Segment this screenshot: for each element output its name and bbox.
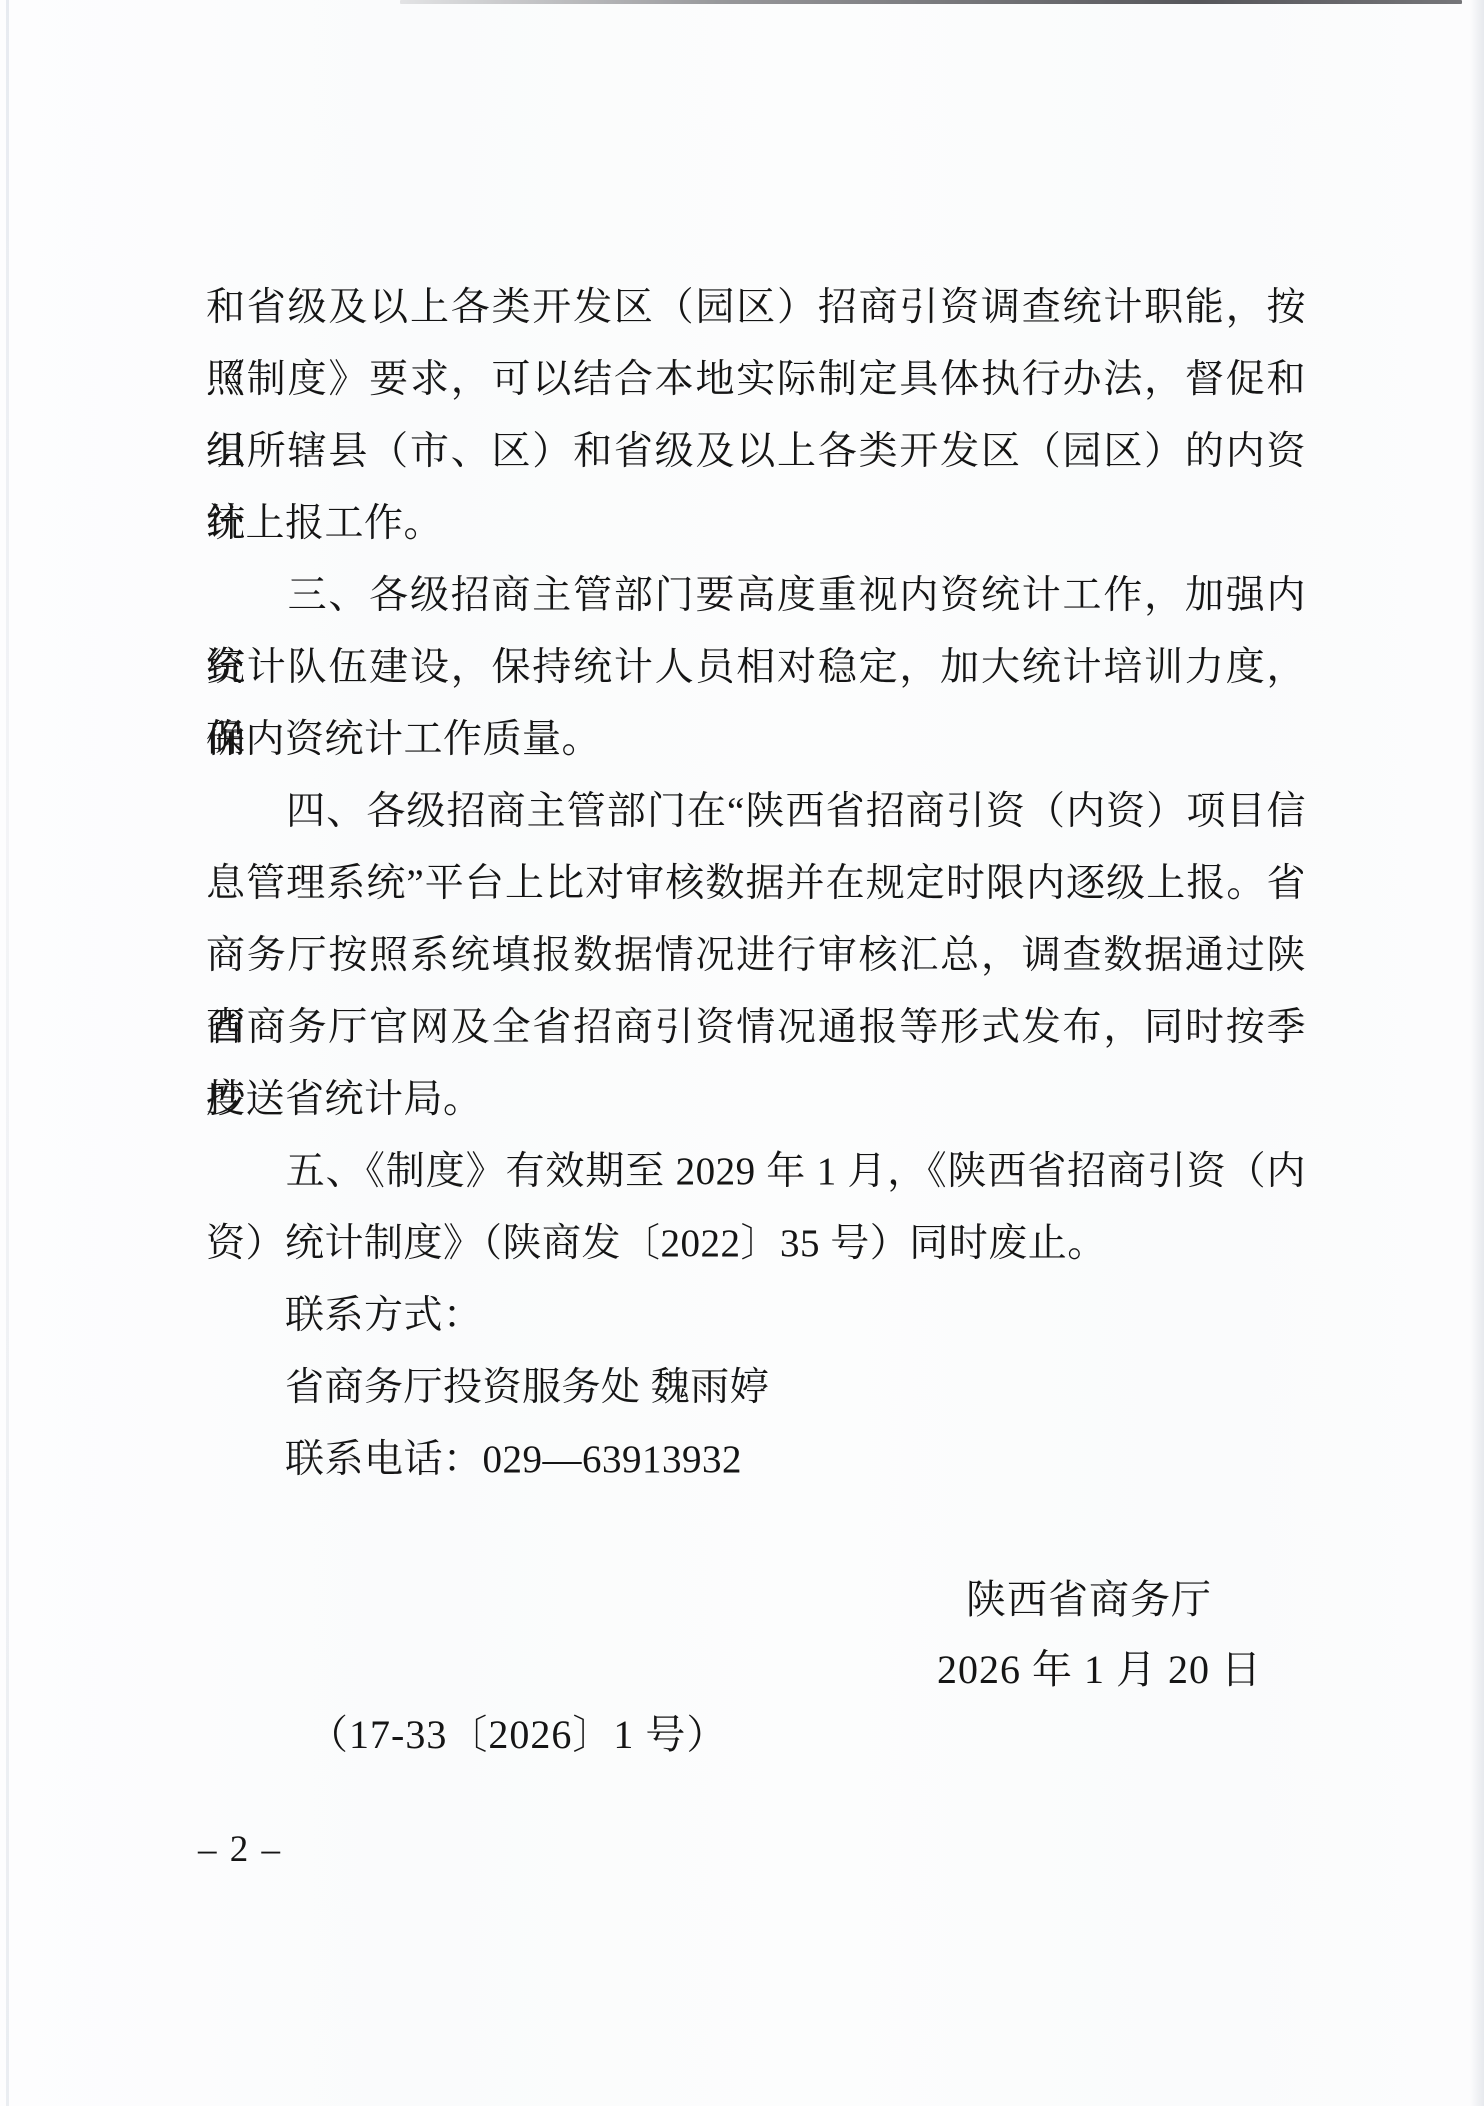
- scan-right-edge-shadow: [1470, 0, 1484, 2106]
- body-line: 四、各级招商主管部门在“陕西省招商引资（内资）项目信: [206, 776, 1306, 848]
- body-line: 联系方式：: [206, 1280, 1306, 1352]
- body-line: 联系电话：029—63913932: [206, 1424, 1306, 1496]
- body-line: 三、各级招商主管部门要高度重视内资统计工作，加强内资: [206, 560, 1306, 632]
- body-line: 抄送省统计局。: [206, 1064, 1306, 1136]
- document-reference-number: （17-33〔2026〕1 号）: [308, 1710, 727, 1760]
- scan-top-edge-line: [400, 0, 1462, 4]
- body-line: 资）统计制度》（陕商发〔2022〕35 号）同时废止。: [206, 1208, 1306, 1280]
- body-line: 统计队伍建设，保持统计人员相对稳定，加大统计培训力度，确: [206, 632, 1306, 704]
- body-line: 和省级及以上各类开发区（园区）招商引资调查统计职能，按照: [206, 272, 1306, 344]
- body-line: 息管理系统”平台上比对审核数据并在规定时限内逐级上报。省: [206, 848, 1306, 920]
- signature-date: 2026 年 1 月 20 日: [937, 1646, 1262, 1694]
- body-line: 五、《制度》有效期至 2029 年 1 月，《陕西省招商引资（内: [206, 1136, 1306, 1208]
- document-body: 和省级及以上各类开发区（园区）招商引资调查统计职能，按照 《制度》要求，可以结合…: [206, 272, 1306, 1496]
- body-line: 《制度》要求，可以结合本地实际制定具体执行办法，督促和组: [206, 344, 1306, 416]
- scan-left-edge-line: [6, 0, 9, 2106]
- body-line: 织所辖县（市、区）和省级及以上各类开发区（园区）的内资统: [206, 416, 1306, 488]
- page-number: – 2 –: [198, 1828, 282, 1872]
- body-line: 商务厅按照系统填报数据情况进行审核汇总，调查数据通过陕西: [206, 920, 1306, 992]
- body-line: 省商务厅投资服务处 魏雨婷: [206, 1352, 1306, 1424]
- body-line: 保内资统计工作质量。: [206, 704, 1306, 776]
- body-line: 计上报工作。: [206, 488, 1306, 560]
- scanned-document-page: 和省级及以上各类开发区（园区）招商引资调查统计职能，按照 《制度》要求，可以结合…: [0, 0, 1484, 2106]
- signature-organization: 陕西省商务厅: [966, 1576, 1212, 1624]
- body-line: 省商务厅官网及全省招商引资情况通报等形式发布，同时按季度: [206, 992, 1306, 1064]
